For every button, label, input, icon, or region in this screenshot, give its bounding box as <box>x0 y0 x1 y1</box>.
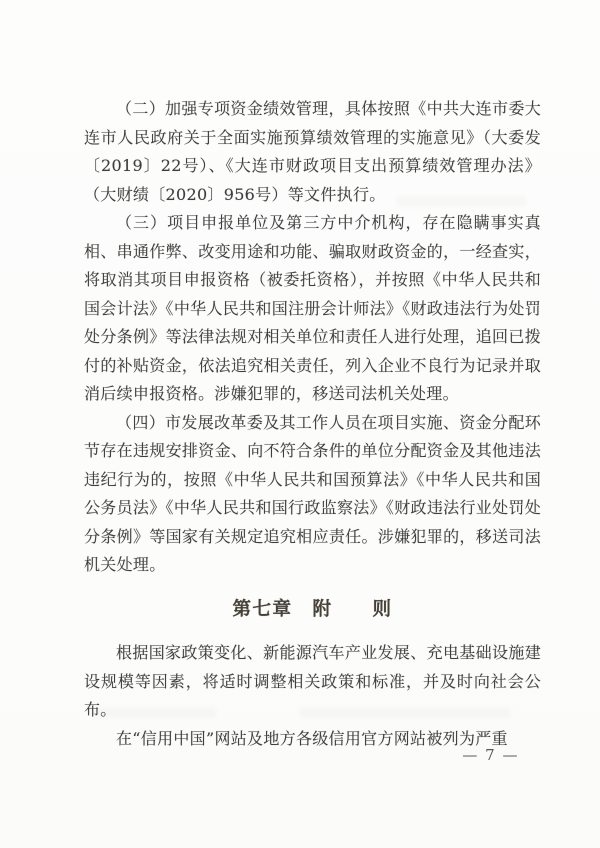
paragraph-item-4: （四）市发展改革委及其工作人员在项目实施、资金分配环节存在违规安排资金、向不符合… <box>84 409 541 580</box>
document-body: （二）加强专项资金绩效管理，具体按照《中共大连市委大连市人民政府关于全面实施预算… <box>84 95 541 753</box>
chapter-heading: 第七章 附 则 <box>84 596 541 625</box>
paragraph-item-2: （二）加强专项资金绩效管理，具体按照《中共大连市委大连市人民政府关于全面实施预算… <box>84 95 541 209</box>
paragraph-policy-adjustment: 根据国家政策变化、新能源汽车产业发展、充电基础设施建设规模等因素，将适时调整相关… <box>84 639 541 725</box>
paragraph-item-3: （三）项目申报单位及第三方中介机构，存在隐瞒事实真相、串通作弊、改变用途和功能、… <box>84 209 541 409</box>
document-page: （二）加强专项资金绩效管理，具体按照《中共大连市委大连市人民政府关于全面实施预算… <box>0 0 600 848</box>
page-number: — 7 — <box>462 746 519 764</box>
